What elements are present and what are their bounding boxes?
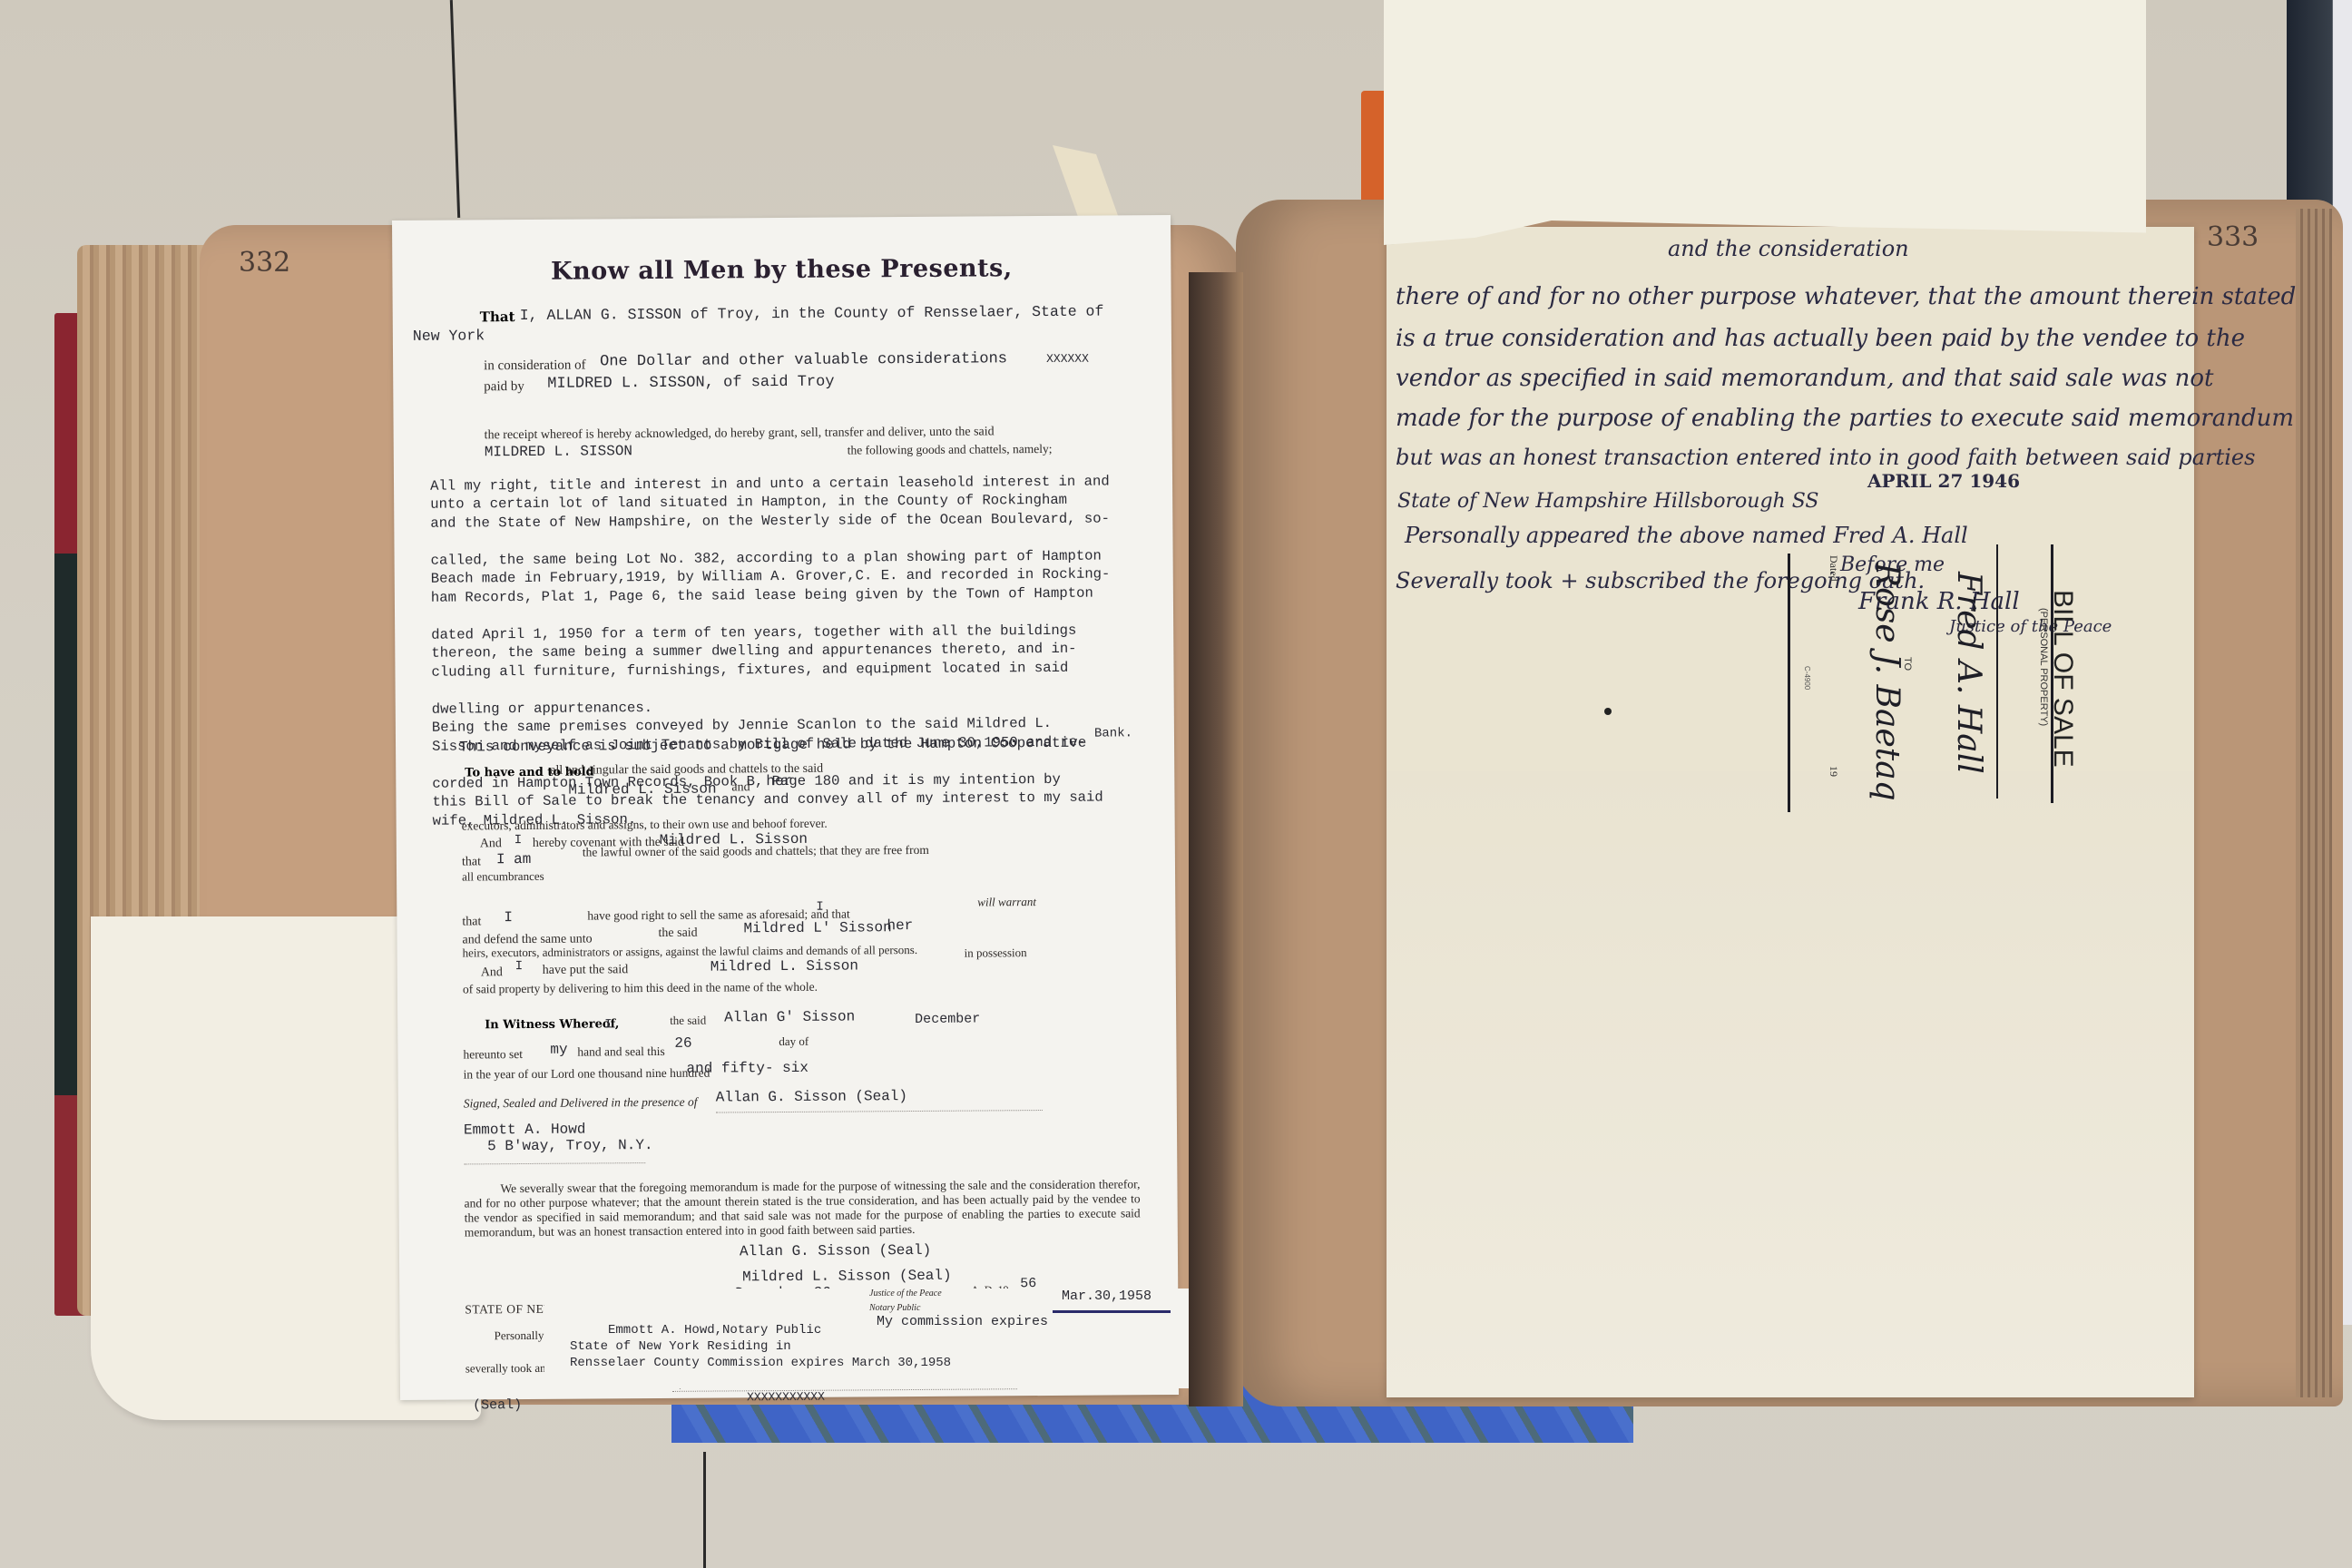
witness-the-said: the said	[670, 1014, 706, 1028]
hand-seal-text: hand and seal this	[577, 1044, 664, 1060]
paid-by-value: MILDRED L. SISSON, of said Troy	[547, 374, 834, 393]
bill-of-sale-title: BILL OF SALE	[2047, 590, 2078, 768]
right-page-number: 333	[2207, 221, 2259, 253]
signature-1: Allan G. Sisson (Seal)	[716, 1088, 907, 1105]
jp-label: Justice of the Peace	[869, 1289, 942, 1298]
handwritten-line: made for the purpose of enabling the par…	[1396, 405, 2294, 432]
the-said: the said	[658, 926, 697, 941]
handwritten-date: APRIL 27 1946	[1867, 470, 2020, 492]
handwritten-state-line: State of New Hampshire Hillsborough SS	[1397, 490, 1818, 513]
i-3: I	[504, 909, 513, 926]
day-of: day of	[779, 1034, 808, 1049]
witness-name: Allan G' Sisson	[724, 1008, 855, 1025]
witness-month: December	[915, 1011, 980, 1027]
habendum-and: and	[731, 780, 750, 795]
table-seam	[703, 1452, 706, 1568]
oath-paragraph: We severally swear that the foregoing me…	[464, 1177, 1140, 1240]
covenant-and: And	[480, 837, 502, 851]
witness-line	[464, 1162, 645, 1164]
handwritten-line: but was an honest transaction entered in…	[1396, 445, 2255, 470]
property-description: All my right, title and interest in and …	[430, 453, 1159, 848]
commission-underline	[1053, 1310, 1171, 1313]
will-warrant: will warrant	[977, 895, 1036, 909]
consideration-label: in consideration of	[484, 358, 586, 375]
bill-of-sale-from-name: Fred A. Hall	[1950, 572, 1987, 774]
year-text: in the year of our Lord one thousand nin…	[464, 1066, 710, 1083]
possession-text: in possession	[965, 946, 1027, 960]
handwritten-line: is a true consideration and has actually…	[1396, 325, 2245, 352]
grantor-line-2: New York	[413, 327, 485, 345]
seal-label: (Seal)	[473, 1397, 522, 1413]
notary-stamp-3: Rensselaer County Commission expires Mar…	[570, 1356, 951, 1370]
notary-stamp-2: State of New York Residing in	[570, 1339, 791, 1354]
mortgage-line-end: Bank.	[1094, 726, 1132, 740]
defend-name: Mildred L' Sisson	[743, 919, 891, 936]
signature-line	[716, 1110, 1043, 1113]
deed-document: Know all Men by these Presents, That I, …	[392, 215, 1179, 1400]
that-label: That	[480, 309, 515, 325]
handwritten-line: there of and for no other purpose whatev…	[1396, 283, 2296, 310]
hereunto-text: hereunto set	[463, 1047, 523, 1062]
oath-sig-1: Allan G. Sisson (Seal)	[740, 1242, 931, 1259]
notary-block: Justice of the Peace Notary Public My co…	[544, 1289, 1198, 1388]
bill-of-sale-subtitle: (PERSONAL PROPERTY)	[2038, 608, 2049, 726]
commission-label: My commission expires	[877, 1314, 1048, 1329]
left-page-number: 332	[239, 247, 290, 279]
i-4: I	[816, 900, 824, 915]
witness-sig-name: Emmott A. Howd	[464, 1122, 586, 1139]
bill-of-sale-form-code: C-4900	[1803, 666, 1811, 690]
notary-stamp-1: Emmott A. Howd,Notary Public	[608, 1323, 821, 1338]
day-value: 26	[674, 1035, 691, 1052]
encumbrances-text: all encumbrances	[462, 869, 544, 885]
bill-of-sale-to-name: Rose J. Baetaq	[1868, 563, 1906, 801]
commission-date: Mar.30,1958	[1062, 1289, 1151, 1304]
handwritten-line: and the consideration	[1668, 236, 1909, 261]
notary-line	[672, 1388, 1017, 1392]
that-label-2: that	[462, 855, 481, 869]
deed-title: Know all Men by these Presents,	[392, 253, 1171, 287]
witness-sig-address: 5 B'way, Troy, N.Y.	[487, 1137, 653, 1154]
delivering-text: of said property by delivering to him th…	[463, 980, 818, 997]
bill-of-sale-dated-label: Dated	[1827, 555, 1840, 582]
consideration-value: One Dollar and other valuable considerat…	[600, 350, 1007, 370]
my-text: my	[550, 1042, 567, 1058]
put-i: I	[515, 959, 524, 974]
paid-by-label: paid by	[484, 379, 524, 395]
bill-of-sale-back: BILL OF SALE (PERSONAL PROPERTY) Fred A.…	[1779, 535, 2078, 799]
witness-i: I	[604, 1017, 612, 1032]
habendum-her: her	[766, 773, 792, 789]
receipt-text: the receipt whereof is hereby acknowledg…	[485, 425, 995, 443]
book-gutter	[1189, 272, 1243, 1406]
jp-struck: XXXXXXXXXXX	[747, 1390, 825, 1405]
ink-dot	[1604, 708, 1612, 715]
put-and: And	[481, 965, 503, 980]
sheet-lower-blank	[1387, 771, 2194, 1397]
folded-top-sheet[interactable]	[1384, 0, 2146, 245]
witness-label: In Witness Whereof,	[485, 1017, 619, 1032]
oath-sig-2: Mildred L. Sisson (Seal)	[742, 1268, 952, 1286]
i-am: I am	[496, 851, 532, 867]
signed-label: Signed, Sealed and Delivered in the pres…	[464, 1095, 698, 1112]
notary-label: Notary Public	[869, 1303, 920, 1313]
grantor-line: I, ALLAN G. SISSON of Troy, in the Count…	[520, 303, 1104, 324]
handwritten-line: vendor as specified in said memorandum, …	[1396, 365, 2213, 392]
consideration-strike: XXXXXX	[1046, 352, 1089, 366]
put-name: Mildred L. Sisson	[710, 957, 858, 975]
that-3: that	[462, 915, 481, 929]
defend-her: her	[887, 917, 913, 934]
right-page-stack	[2296, 209, 2332, 1397]
handwritten-affidavit-sheet: and the consideration there of and for n…	[1387, 227, 2194, 1397]
covenant-i: I	[514, 833, 523, 848]
put-text: have put the said	[543, 963, 629, 978]
habendum-name: Mildred L. Sisson	[568, 781, 716, 799]
table-seam	[450, 0, 460, 218]
lawful-owner-text: the lawful owner of the said goods and c…	[583, 843, 929, 860]
bill-of-sale-year: 19	[1827, 766, 1840, 777]
year-value: and fifty- six	[686, 1060, 808, 1077]
